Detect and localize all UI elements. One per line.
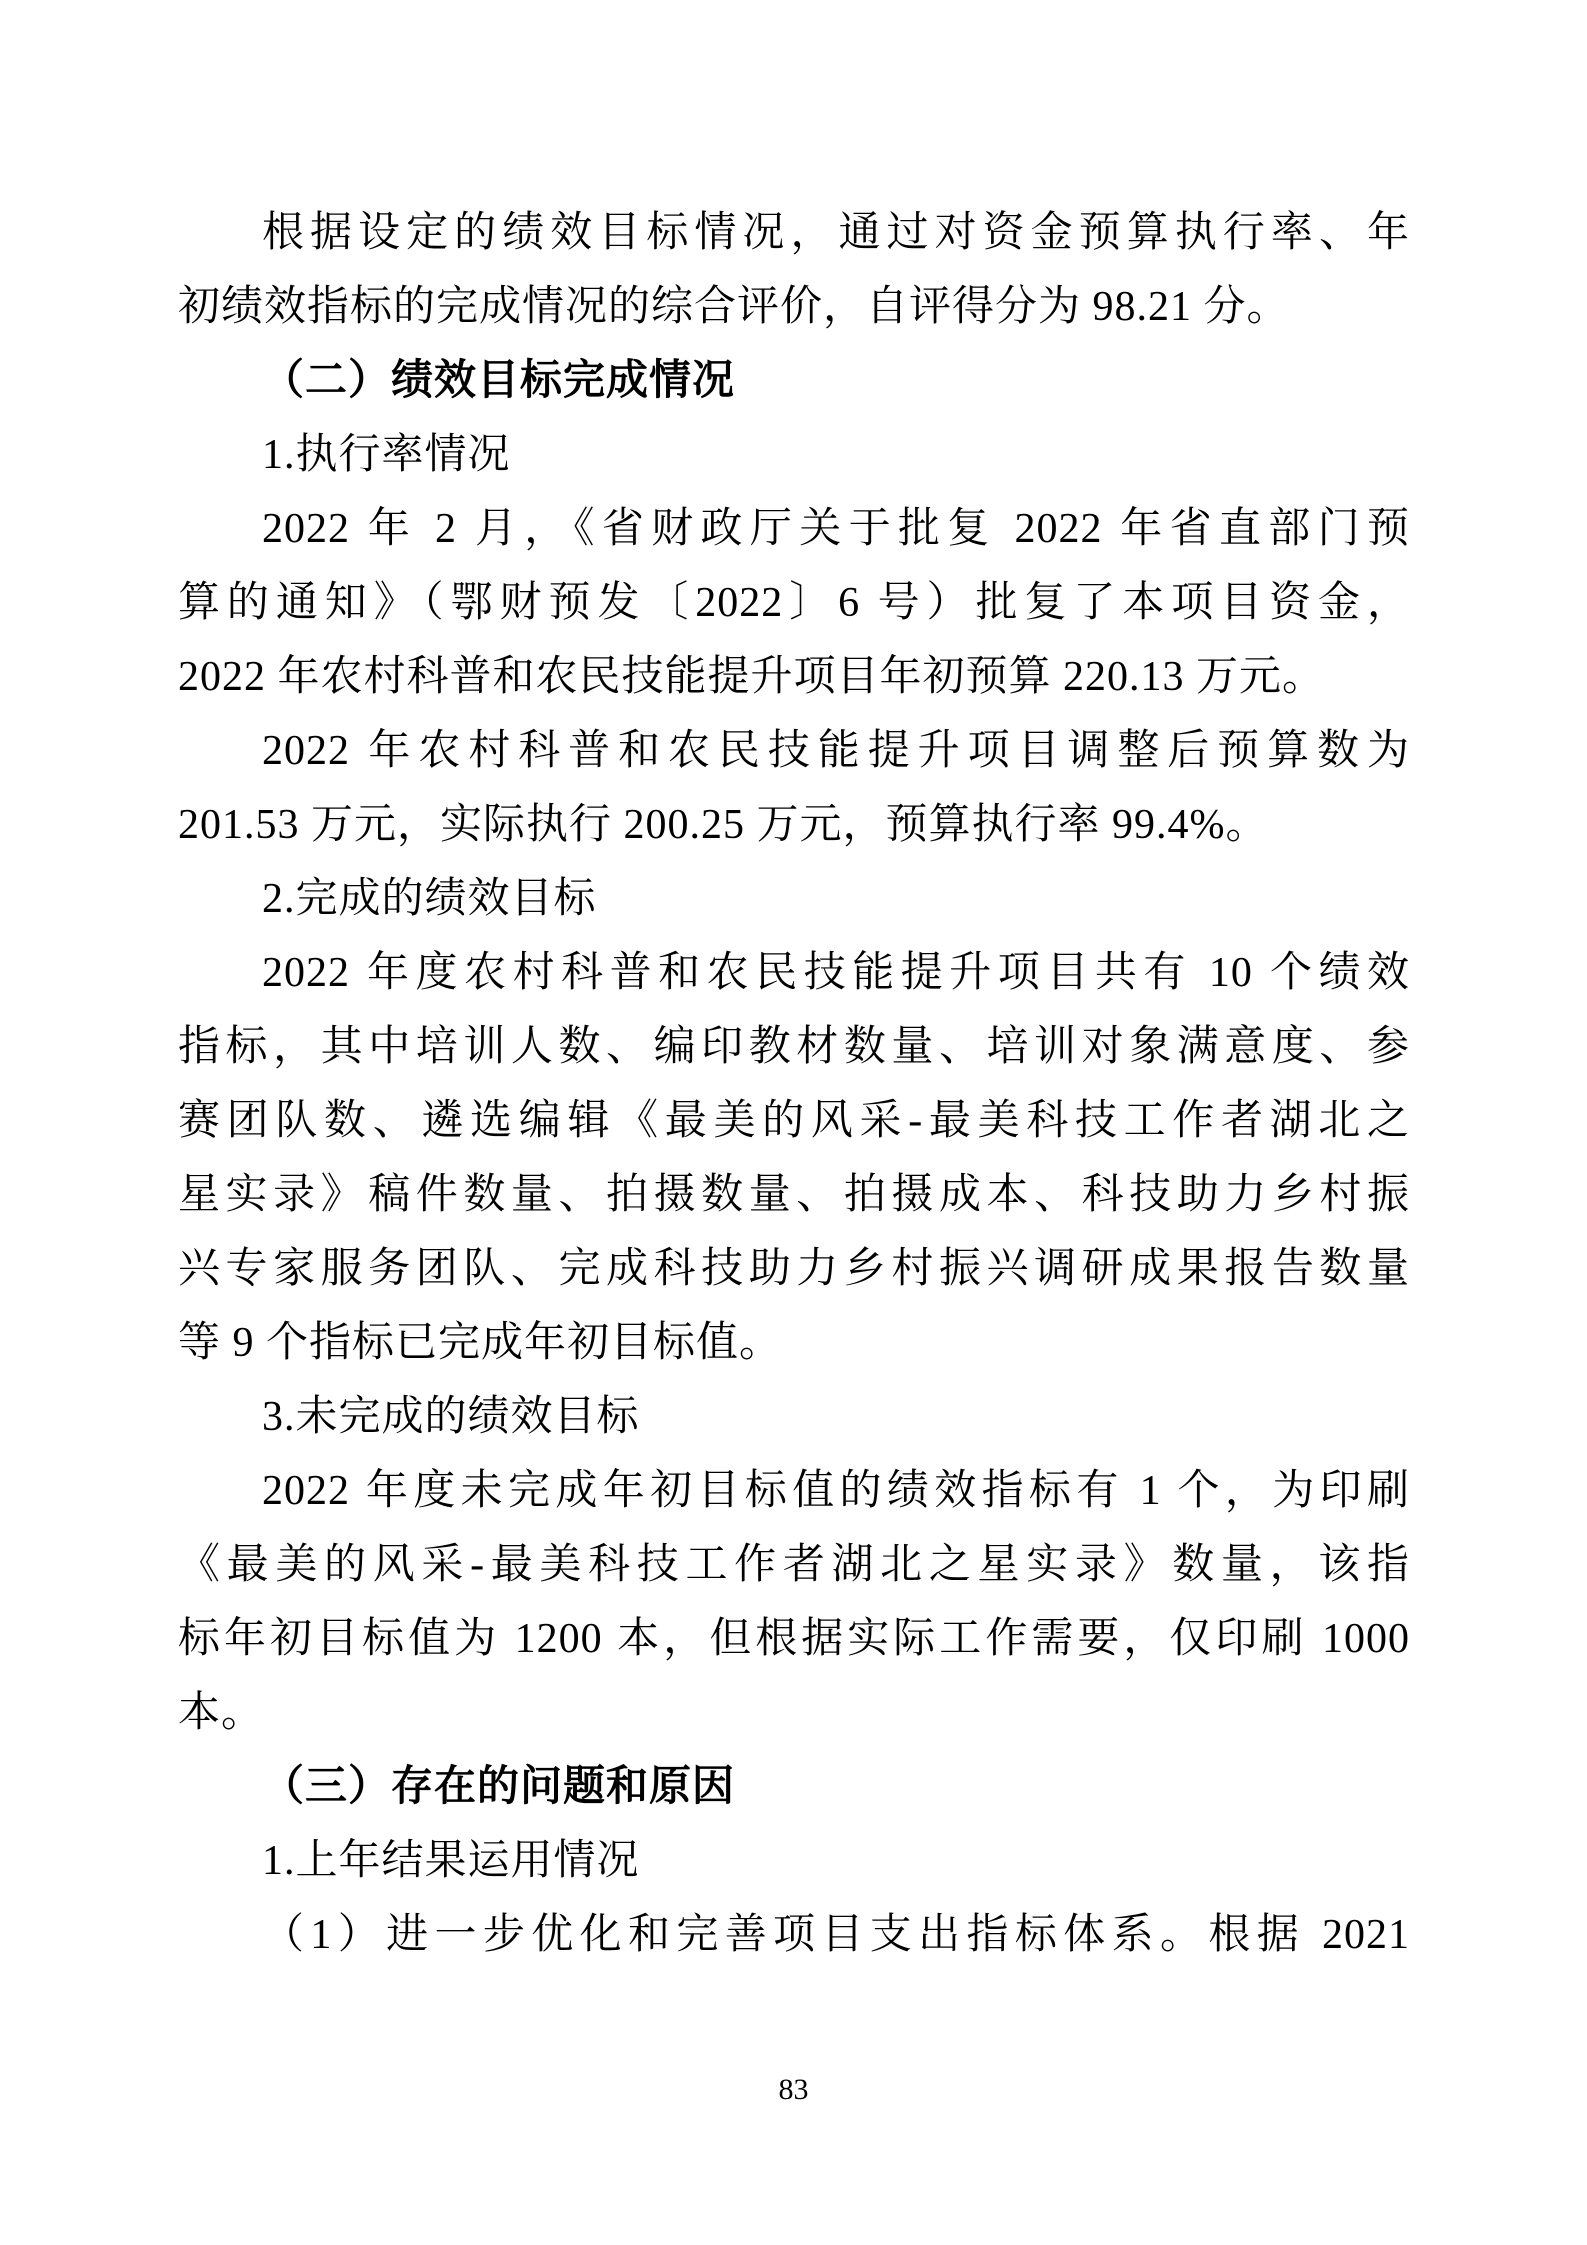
text-line: 3.未完成的绩效目标 <box>178 1380 1410 1454</box>
text-line: 1.执行率情况 <box>178 418 1410 492</box>
text-line: 2022 年 2 月，《省财政厅关于批复 2022 年省直部门预 <box>178 492 1410 566</box>
text-line: 赛团队数、遴选编辑《最美的风采-最美科技工作者湖北之 <box>178 1084 1410 1158</box>
section-heading: （三）存在的问题和原因 <box>178 1750 1410 1824</box>
text-line: 兴专家服务团队、完成科技助力乡村振兴调研成果报告数量 <box>178 1232 1410 1306</box>
text-line: 星实录》稿件数量、拍摄数量、拍摄成本、科技助力乡村振 <box>178 1158 1410 1232</box>
document-page: 根据设定的绩效目标情况，通过对资金预算执行率、年初绩效指标的完成情况的综合评价，… <box>0 0 1587 2245</box>
text-line: 2022 年度农村科普和农民技能提升项目共有 10 个绩效 <box>178 936 1410 1010</box>
text-line: 算的通知》（鄂财预发〔2022〕6 号）批复了本项目资金， <box>178 566 1410 640</box>
text-line: 本。 <box>178 1676 1410 1750</box>
text-line: 等 9 个指标已完成年初目标值。 <box>178 1306 1410 1380</box>
text-line: （1）进一步优化和完善项目支出指标体系。根据 2021 <box>178 1898 1410 1972</box>
text-line: 2022 年农村科普和农民技能提升项目年初预算 220.13 万元。 <box>178 640 1410 714</box>
text-line: 2022 年农村科普和农民技能提升项目调整后预算数为 <box>178 714 1410 788</box>
text-line: 《最美的风采-最美科技工作者湖北之星实录》数量，该指 <box>178 1528 1410 1602</box>
text-line: 2022 年度未完成年初目标值的绩效指标有 1 个，为印刷 <box>178 1454 1410 1528</box>
text-line: 1.上年结果运用情况 <box>178 1824 1410 1898</box>
section-heading: （二）绩效目标完成情况 <box>178 344 1410 418</box>
text-line: 标年初目标值为 1200 本，但根据实际工作需要，仅印刷 1000 <box>178 1602 1410 1676</box>
page-number: 83 <box>0 2072 1587 2108</box>
document-body: 根据设定的绩效目标情况，通过对资金预算执行率、年初绩效指标的完成情况的综合评价，… <box>178 196 1410 1972</box>
text-line: 2.完成的绩效目标 <box>178 862 1410 936</box>
text-line: 指标，其中培训人数、编印教材数量、培训对象满意度、参 <box>178 1010 1410 1084</box>
text-line: 201.53 万元，实际执行 200.25 万元，预算执行率 99.4%。 <box>178 788 1410 862</box>
text-line: 根据设定的绩效目标情况，通过对资金预算执行率、年 <box>178 196 1410 270</box>
text-line: 初绩效指标的完成情况的综合评价，自评得分为 98.21 分。 <box>178 270 1410 344</box>
